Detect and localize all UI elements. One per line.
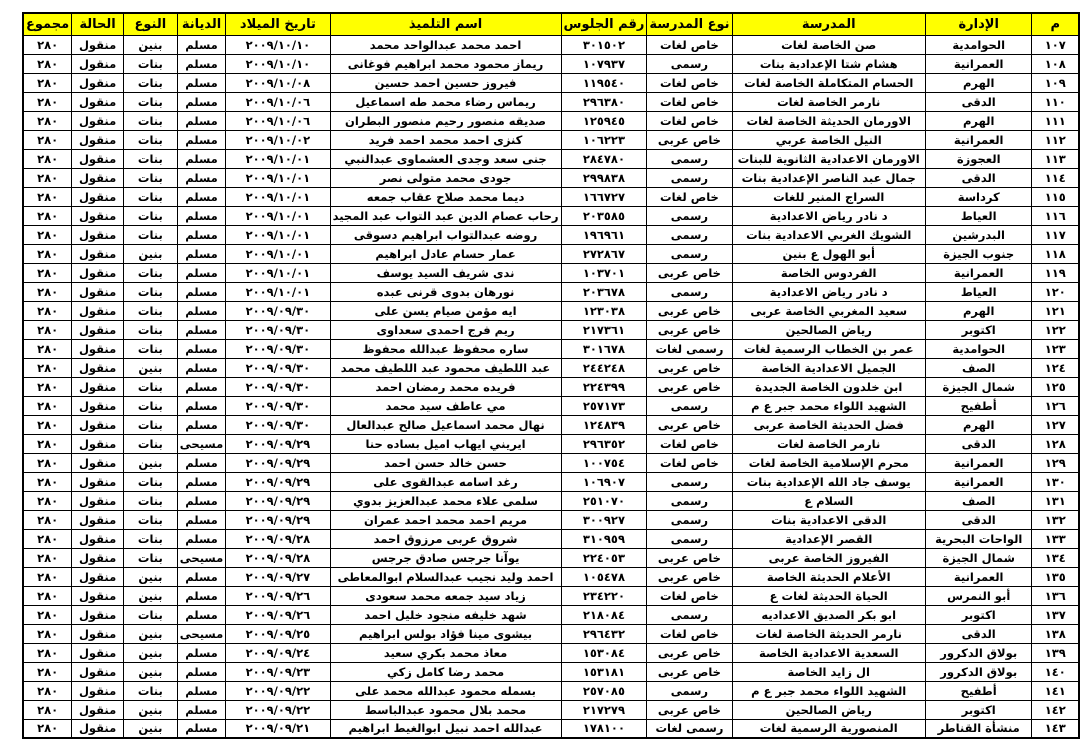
cell-total: ٢٨٠ (23, 358, 72, 377)
cell-status: منقول (72, 130, 124, 149)
cell-religion: مسلم (177, 377, 225, 396)
cell-total: ٢٨٠ (23, 624, 72, 643)
cell-birth-date: ٢٠٠٩/٠٩/٣٠ (226, 415, 330, 434)
cell-serial: ١١٠ (1032, 92, 1079, 111)
cell-administration: العمرانية (925, 130, 1032, 149)
cell-serial: ١٢٧ (1032, 415, 1079, 434)
cell-student-name: ايه مؤمن صيام يسن على (330, 301, 561, 320)
cell-serial: ١٢٤ (1032, 358, 1079, 377)
cell-student-name: روضه عبدالتواب ابراهيم دسوقى (330, 225, 561, 244)
cell-administration: أطفيح (925, 681, 1032, 700)
cell-seat-number: ١٧٨١٠٠ (561, 719, 647, 738)
cell-school: ال زايد الخاصة (732, 662, 925, 681)
cell-religion: مسلم (177, 54, 225, 73)
table-row: ١١٥كرداسةالسراج المنير للغاتخاص لغات١٦٦٧… (23, 187, 1079, 206)
cell-administration: الدقى (925, 92, 1032, 111)
cell-school: ابو بكر الصديق الاعداديه (732, 605, 925, 624)
column-header-serial: م (1032, 13, 1079, 35)
cell-school-type: خاص لغات (647, 624, 732, 643)
cell-gender: بنات (123, 130, 177, 149)
cell-administration: الدقى (925, 434, 1032, 453)
cell-seat-number: ٣٠٠٩٢٧ (561, 510, 647, 529)
cell-student-name: نورهان بدوى قرنى عبده (330, 282, 561, 301)
cell-total: ٢٨٠ (23, 92, 72, 111)
cell-student-name: فريده محمد رمضان احمد (330, 377, 561, 396)
cell-status: منقول (72, 700, 124, 719)
cell-school-type: خاص عربى (647, 358, 732, 377)
column-header-total: مجموع (23, 13, 72, 35)
students-table: مالإدارةالمدرسةنوع المدرسةرقم الجلوساسم … (22, 12, 1080, 739)
table-row: ١١٣العجوزةالاورمان الاعدادية الثانوية لل… (23, 149, 1079, 168)
cell-gender: بنات (123, 491, 177, 510)
cell-school: الاورمان الحديثة الخاصة لغات (732, 111, 925, 130)
cell-student-name: بسمله محمود عبدالله محمد على (330, 681, 561, 700)
cell-school: القصر الإعدادية (732, 529, 925, 548)
table-row: ١١٩العمرانيةالفردوس الخاصةخاص عربى١٠٣٧٠١… (23, 263, 1079, 282)
cell-status: منقول (72, 73, 124, 92)
cell-serial: ١٣٨ (1032, 624, 1079, 643)
table-row: ١٣٨الدقىنارمر الحديثة الخاصة لغاتخاص لغا… (23, 624, 1079, 643)
cell-administration: اكتوبر (925, 605, 1032, 624)
cell-religion: مسلم (177, 73, 225, 92)
cell-student-name: رحاب عصام الدين عبد التواب عبد المجيد (330, 206, 561, 225)
cell-serial: ١٤٢ (1032, 700, 1079, 719)
cell-total: ٢٨٠ (23, 130, 72, 149)
cell-status: منقول (72, 149, 124, 168)
cell-religion: مسلم (177, 301, 225, 320)
cell-student-name: معاذ محمد بكري سعيد (330, 643, 561, 662)
cell-total: ٢٨٠ (23, 301, 72, 320)
cell-administration: العياط (925, 282, 1032, 301)
cell-administration: العمرانية (925, 453, 1032, 472)
cell-serial: ١١٨ (1032, 244, 1079, 263)
cell-seat-number: ٢٩٦٣٥٢ (561, 434, 647, 453)
cell-serial: ١٣٦ (1032, 586, 1079, 605)
cell-gender: بنات (123, 168, 177, 187)
cell-school: نارمر الخاصة لغات (732, 92, 925, 111)
cell-seat-number: ٢٢٤٣٩٩ (561, 377, 647, 396)
table-row: ١٣٢الدقىالدقى الاعدادية بناترسمى٣٠٠٩٢٧مر… (23, 510, 1079, 529)
cell-total: ٢٨٠ (23, 54, 72, 73)
cell-total: ٢٨٠ (23, 643, 72, 662)
cell-seat-number: ١٠٦٢٢٣ (561, 130, 647, 149)
cell-serial: ١١٤ (1032, 168, 1079, 187)
cell-student-name: محمد رضا كامل زكي (330, 662, 561, 681)
cell-seat-number: ٢٧٢٨٦٧ (561, 244, 647, 263)
cell-status: منقول (72, 168, 124, 187)
cell-school-type: خاص عربى (647, 130, 732, 149)
cell-birth-date: ٢٠٠٩/٠٩/٢٧ (226, 567, 330, 586)
cell-administration: اكتوبر (925, 700, 1032, 719)
cell-birth-date: ٢٠٠٩/٠٩/٢٩ (226, 453, 330, 472)
cell-school-type: رسمى (647, 206, 732, 225)
cell-seat-number: ٢٣٤٢٢٠ (561, 586, 647, 605)
table-row: ١٢٣الحوامديةعمر بن الخطاب الرسمية لغاترس… (23, 339, 1079, 358)
cell-student-name: صديقه منصور رحيم منصور البطران (330, 111, 561, 130)
cell-gender: بنات (123, 472, 177, 491)
cell-school-type: رسمى (647, 472, 732, 491)
cell-gender: بنين (123, 567, 177, 586)
cell-birth-date: ٢٠٠٩/١٠/٠٦ (226, 111, 330, 130)
cell-birth-date: ٢٠٠٩/٠٩/٢١ (226, 719, 330, 738)
cell-status: منقول (72, 681, 124, 700)
cell-birth-date: ٢٠٠٩/١٠/٠١ (226, 168, 330, 187)
cell-total: ٢٨٠ (23, 73, 72, 92)
cell-religion: مسلم (177, 662, 225, 681)
cell-student-name: محمد بلال محمود عبدالباسط (330, 700, 561, 719)
cell-religion: مسلم (177, 206, 225, 225)
column-header-seat-number: رقم الجلوس (561, 13, 647, 35)
cell-birth-date: ٢٠٠٩/٠٩/٢٩ (226, 491, 330, 510)
table-row: ١٠٨العمرانيةهشام شتا الإعدادية بناترسمى١… (23, 54, 1079, 73)
cell-administration: أبو النمرس (925, 586, 1032, 605)
cell-religion: مسلم (177, 339, 225, 358)
cell-status: منقول (72, 453, 124, 472)
cell-total: ٢٨٠ (23, 225, 72, 244)
cell-gender: بنات (123, 263, 177, 282)
column-header-gender: النوع (123, 13, 177, 35)
cell-birth-date: ٢٠٠٩/١٠/٠٦ (226, 92, 330, 111)
cell-religion: مسلم (177, 719, 225, 738)
cell-religion: مسلم (177, 643, 225, 662)
cell-gender: بنات (123, 605, 177, 624)
cell-school: الاورمان الاعدادية الثانوية للبنات (732, 149, 925, 168)
cell-gender: بنات (123, 92, 177, 111)
cell-administration: العمرانية (925, 472, 1032, 491)
cell-birth-date: ٢٠٠٩/٠٩/٣٠ (226, 320, 330, 339)
cell-school: الفردوس الخاصة (732, 263, 925, 282)
cell-administration: شمال الجيزة (925, 377, 1032, 396)
cell-school: الحياة الحديثة لغات ع (732, 586, 925, 605)
cell-gender: بنات (123, 206, 177, 225)
cell-student-name: حسن خالد حسن احمد (330, 453, 561, 472)
table-row: ١٢٢اكتوبررياض الصالحينخاص عربى٢١٧٣٦١ريم … (23, 320, 1079, 339)
cell-total: ٢٨٠ (23, 719, 72, 738)
cell-school-type: خاص لغات (647, 434, 732, 453)
cell-religion: مسلم (177, 529, 225, 548)
cell-status: منقول (72, 320, 124, 339)
cell-school-type: رسمى (647, 282, 732, 301)
cell-seat-number: ٢٢٤٠٥٣ (561, 548, 647, 567)
cell-school-type: خاص لغات (647, 73, 732, 92)
cell-administration: الهرم (925, 111, 1032, 130)
cell-administration: العمرانية (925, 263, 1032, 282)
cell-gender: بنات (123, 529, 177, 548)
cell-religion: مسلم (177, 453, 225, 472)
cell-gender: بنين (123, 662, 177, 681)
cell-administration: منشأة القناطر (925, 719, 1032, 738)
cell-religion: مسلم (177, 567, 225, 586)
cell-religion: مسلم (177, 320, 225, 339)
cell-status: منقول (72, 206, 124, 225)
table-row: ١٤١أطفيحالشهيد اللواء محمد جبر ع مرسمى٢٥… (23, 681, 1079, 700)
table-row: ١١١الهرمالاورمان الحديثة الخاصة لغاتخاص … (23, 111, 1079, 130)
cell-status: منقول (72, 358, 124, 377)
cell-total: ٢٨٠ (23, 149, 72, 168)
cell-total: ٢٨٠ (23, 168, 72, 187)
cell-school-type: خاص عربى (647, 700, 732, 719)
cell-total: ٢٨٠ (23, 472, 72, 491)
cell-seat-number: ١٢٣٠٣٨ (561, 301, 647, 320)
cell-seat-number: ٢٠٣٦٧٨ (561, 282, 647, 301)
cell-religion: مسلم (177, 35, 225, 54)
table-row: ١٣٩بولاق الدكرورالسعدية الاعدادية الخاصة… (23, 643, 1079, 662)
cell-student-name: مي عاطف سيد محمد (330, 396, 561, 415)
cell-gender: بنات (123, 510, 177, 529)
cell-school-type: خاص عربى (647, 567, 732, 586)
cell-administration: العجوزة (925, 149, 1032, 168)
cell-status: منقول (72, 605, 124, 624)
cell-status: منقول (72, 567, 124, 586)
cell-school-type: رسمى (647, 149, 732, 168)
cell-religion: مسلم (177, 396, 225, 415)
cell-total: ٢٨٠ (23, 206, 72, 225)
cell-status: منقول (72, 92, 124, 111)
cell-serial: ١٣٢ (1032, 510, 1079, 529)
cell-administration: العمرانية (925, 54, 1032, 73)
column-header-student-name: اسم التلميذ (330, 13, 561, 35)
cell-serial: ١١٧ (1032, 225, 1079, 244)
cell-birth-date: ٢٠٠٩/٠٩/٢٨ (226, 548, 330, 567)
cell-seat-number: ٢٤٤٢٤٨ (561, 358, 647, 377)
cell-seat-number: ١٠٥٤٧٨ (561, 567, 647, 586)
cell-total: ٢٨٠ (23, 377, 72, 396)
cell-birth-date: ٢٠٠٩/١٠/٠١ (226, 149, 330, 168)
cell-status: منقول (72, 510, 124, 529)
cell-gender: بنات (123, 225, 177, 244)
cell-school-type: خاص عربى (647, 377, 732, 396)
cell-school: المنصورية الرسمية لغات (732, 719, 925, 738)
table-row: ١٢٥شمال الجيزةابن خلدون الخاصة الجديدةخا… (23, 377, 1079, 396)
table-row: ١٣٣الواحات البحريةالقصر الإعداديةرسمى٣١٠… (23, 529, 1079, 548)
cell-total: ٢٨٠ (23, 111, 72, 130)
cell-gender: بنين (123, 719, 177, 738)
cell-school: نارمر الحديثة الخاصة لغات (732, 624, 925, 643)
cell-serial: ١٢٩ (1032, 453, 1079, 472)
cell-student-name: ريماز محمود محمد ابراهيم فوغانى (330, 54, 561, 73)
cell-school-type: خاص لغات (647, 35, 732, 54)
cell-serial: ١١٩ (1032, 263, 1079, 282)
cell-student-name: ندى شريف السيد يوسف (330, 263, 561, 282)
cell-seat-number: ٢٨٤٧٨٠ (561, 149, 647, 168)
cell-serial: ١٣٩ (1032, 643, 1079, 662)
cell-seat-number: ٢٠٣٥٨٥ (561, 206, 647, 225)
cell-status: منقول (72, 301, 124, 320)
cell-seat-number: ١٠٠٧٥٤ (561, 453, 647, 472)
cell-school: أبو الهول ع بنين (732, 244, 925, 263)
cell-school-type: رسمى (647, 529, 732, 548)
cell-gender: بنات (123, 377, 177, 396)
cell-total: ٢٨٠ (23, 396, 72, 415)
column-header-religion: الديانة (177, 13, 225, 35)
cell-gender: بنات (123, 54, 177, 73)
cell-serial: ١٠٨ (1032, 54, 1079, 73)
cell-school-type: رسمى (647, 510, 732, 529)
cell-total: ٢٨٠ (23, 415, 72, 434)
cell-school: الجميل الاعدادية الخاصة (732, 358, 925, 377)
table-row: ١٢١الهرمسعيد المغربي الخاصة عربىخاص عربى… (23, 301, 1079, 320)
cell-school: النيل الخاصة عربي (732, 130, 925, 149)
cell-student-name: شهد خليفه منجود خليل احمد (330, 605, 561, 624)
cell-school-type: خاص عربى (647, 415, 732, 434)
cell-total: ٢٨٠ (23, 453, 72, 472)
cell-student-name: ديما محمد صلاح عقاب جمعه (330, 187, 561, 206)
cell-seat-number: ٢٩٦٣٨٠ (561, 92, 647, 111)
cell-religion: مسلم (177, 358, 225, 377)
cell-seat-number: ٢٩٦٤٣٢ (561, 624, 647, 643)
cell-school: د نادر رياض الاعدادية (732, 206, 925, 225)
cell-school-type: رسمى (647, 244, 732, 263)
cell-status: منقول (72, 187, 124, 206)
cell-seat-number: ٣٠١٥٠٢ (561, 35, 647, 54)
cell-religion: مسلم (177, 491, 225, 510)
cell-total: ٢٨٠ (23, 681, 72, 700)
cell-school-type: خاص عربى (647, 263, 732, 282)
cell-serial: ١١١ (1032, 111, 1079, 130)
cell-school: الأعلام الحديثة الخاصة (732, 567, 925, 586)
cell-status: منقول (72, 244, 124, 263)
cell-school: هشام شتا الإعدادية بنات (732, 54, 925, 73)
cell-birth-date: ٢٠٠٩/٠٩/٢٥ (226, 624, 330, 643)
cell-status: منقول (72, 396, 124, 415)
cell-administration: الصف (925, 358, 1032, 377)
cell-school-type: خاص لغات (647, 92, 732, 111)
cell-school-type: رسمى (647, 491, 732, 510)
cell-total: ٢٨٠ (23, 548, 72, 567)
column-header-administration: الإدارة (925, 13, 1032, 35)
cell-birth-date: ٢٠٠٩/٠٩/٢٣ (226, 662, 330, 681)
cell-student-name: عبد اللطيف محمود عبد اللطيف محمد (330, 358, 561, 377)
cell-gender: بنين (123, 453, 177, 472)
table-row: ١٢٠العياطد نادر رياض الاعداديةرسمى٢٠٣٦٧٨… (23, 282, 1079, 301)
cell-administration: بولاق الدكرور (925, 643, 1032, 662)
cell-school: الحسام المتكاملة الخاصة لغات (732, 73, 925, 92)
cell-gender: بنات (123, 73, 177, 92)
cell-seat-number: ١٦٦٧٢٧ (561, 187, 647, 206)
cell-serial: ١٢٨ (1032, 434, 1079, 453)
cell-school-type: خاص عربى (647, 643, 732, 662)
cell-birth-date: ٢٠٠٩/١٠/٠١ (226, 187, 330, 206)
table-row: ١٢٧الهرمفضل الحديثة الخاصة عربىخاص عربى١… (23, 415, 1079, 434)
cell-student-name: شروق عربى مرزوق احمد (330, 529, 561, 548)
cell-serial: ١٣٣ (1032, 529, 1079, 548)
cell-administration: الدقى (925, 510, 1032, 529)
cell-birth-date: ٢٠٠٩/٠٩/٣٠ (226, 377, 330, 396)
cell-serial: ١٤٠ (1032, 662, 1079, 681)
table-row: ١٠٧الحوامديةصن الخاصة لغاتخاص لغات٣٠١٥٠٢… (23, 35, 1079, 54)
cell-administration: الحوامدية (925, 339, 1032, 358)
cell-religion: مسيحى (177, 624, 225, 643)
cell-serial: ١١٦ (1032, 206, 1079, 225)
cell-status: منقول (72, 54, 124, 73)
cell-gender: بنين (123, 358, 177, 377)
cell-serial: ١٢٢ (1032, 320, 1079, 339)
cell-serial: ١١٣ (1032, 149, 1079, 168)
cell-birth-date: ٢٠٠٩/٠٩/٢٦ (226, 605, 330, 624)
cell-serial: ١٢٣ (1032, 339, 1079, 358)
cell-school: سعيد المغربي الخاصة عربى (732, 301, 925, 320)
cell-gender: بنين (123, 700, 177, 719)
cell-school-type: خاص عربى (647, 320, 732, 339)
table-row: ١٢٤الصفالجميل الاعدادية الخاصةخاص عربى٢٤… (23, 358, 1079, 377)
table-row: ١٣٧اكتوبرابو بكر الصديق الاعداديهرسمى٢١٨… (23, 605, 1079, 624)
cell-seat-number: ١٠٧٩٣٧ (561, 54, 647, 73)
cell-total: ٢٨٠ (23, 510, 72, 529)
cell-school-type: خاص عربى (647, 662, 732, 681)
column-header-birth-date: تاريخ الميلاد (226, 13, 330, 35)
cell-religion: مسلم (177, 263, 225, 282)
cell-seat-number: ٢٥١٠٧٠ (561, 491, 647, 510)
cell-birth-date: ٢٠٠٩/١٠/٠١ (226, 244, 330, 263)
cell-seat-number: ٢٥٧٠٨٥ (561, 681, 647, 700)
cell-school: محرم الإسلامية الخاصة لغات (732, 453, 925, 472)
cell-seat-number: ٢١٧٣٦١ (561, 320, 647, 339)
cell-administration: الحوامدية (925, 35, 1032, 54)
cell-administration: أطفيح (925, 396, 1032, 415)
cell-religion: مسلم (177, 244, 225, 263)
cell-administration: جنوب الجيزة (925, 244, 1032, 263)
cell-administration: الواحات البحرية (925, 529, 1032, 548)
cell-religion: مسلم (177, 130, 225, 149)
table-row: ١٣٤شمال الجيزةالفيروز الخاصة عربىخاص عرب… (23, 548, 1079, 567)
cell-student-name: مريم احمد محمد احمد عمران (330, 510, 561, 529)
cell-serial: ١٠٩ (1032, 73, 1079, 92)
cell-student-name: سلمى علاء محمد عبدالعزيز بدوي (330, 491, 561, 510)
cell-administration: اكتوبر (925, 320, 1032, 339)
cell-total: ٢٨٠ (23, 491, 72, 510)
cell-religion: مسلم (177, 586, 225, 605)
cell-religion: مسيحى (177, 434, 225, 453)
cell-total: ٢٨٠ (23, 244, 72, 263)
cell-student-name: جنى سعد وجدى العشماوى عبدالنبي (330, 149, 561, 168)
cell-seat-number: ١٥٣٠٨٤ (561, 643, 647, 662)
cell-school: السراج المنير للغات (732, 187, 925, 206)
cell-school-type: خاص لغات (647, 586, 732, 605)
cell-school: يوسف جاد الله الإعدادية بنات (732, 472, 925, 491)
cell-birth-date: ٢٠٠٩/٠٩/٢٩ (226, 472, 330, 491)
cell-status: منقول (72, 434, 124, 453)
cell-serial: ١١٢ (1032, 130, 1079, 149)
cell-status: منقول (72, 586, 124, 605)
cell-religion: مسلم (177, 92, 225, 111)
cell-student-name: يوآنا جرجس صادق جرجس (330, 548, 561, 567)
cell-gender: بنات (123, 320, 177, 339)
cell-school: د نادر رياض الاعدادية (732, 282, 925, 301)
cell-gender: بنات (123, 415, 177, 434)
cell-administration: كرداسة (925, 187, 1032, 206)
table-row: ١٠٩الهرمالحسام المتكاملة الخاصة لغاتخاص … (23, 73, 1079, 92)
cell-seat-number: ٣١٠٩٥٩ (561, 529, 647, 548)
cell-status: منقول (72, 643, 124, 662)
table-row: ١٣٦أبو النمرسالحياة الحديثة لغات عخاص لغ… (23, 586, 1079, 605)
cell-school-type: رسمى (647, 168, 732, 187)
cell-total: ٢٨٠ (23, 35, 72, 54)
cell-school-type: رسمى (647, 396, 732, 415)
cell-serial: ١٤٣ (1032, 719, 1079, 738)
cell-student-name: كنزى احمد محمد احمد فريد (330, 130, 561, 149)
cell-religion: مسلم (177, 187, 225, 206)
cell-school: الشويك الغربي الاعدادية بنات (732, 225, 925, 244)
cell-birth-date: ٢٠٠٩/١٠/٠١ (226, 225, 330, 244)
table-row: ١٢٩العمرانيةمحرم الإسلامية الخاصة لغاتخا… (23, 453, 1079, 472)
cell-student-name: بيشوى مينا فؤاد بولس ابراهيم (330, 624, 561, 643)
cell-seat-number: ١٠٦٩٠٧ (561, 472, 647, 491)
cell-status: منقول (72, 377, 124, 396)
cell-birth-date: ٢٠٠٩/٠٩/٢٢ (226, 700, 330, 719)
header-row: مالإدارةالمدرسةنوع المدرسةرقم الجلوساسم … (23, 13, 1079, 35)
cell-school-type: رسمى لغات (647, 719, 732, 738)
cell-gender: بنات (123, 282, 177, 301)
